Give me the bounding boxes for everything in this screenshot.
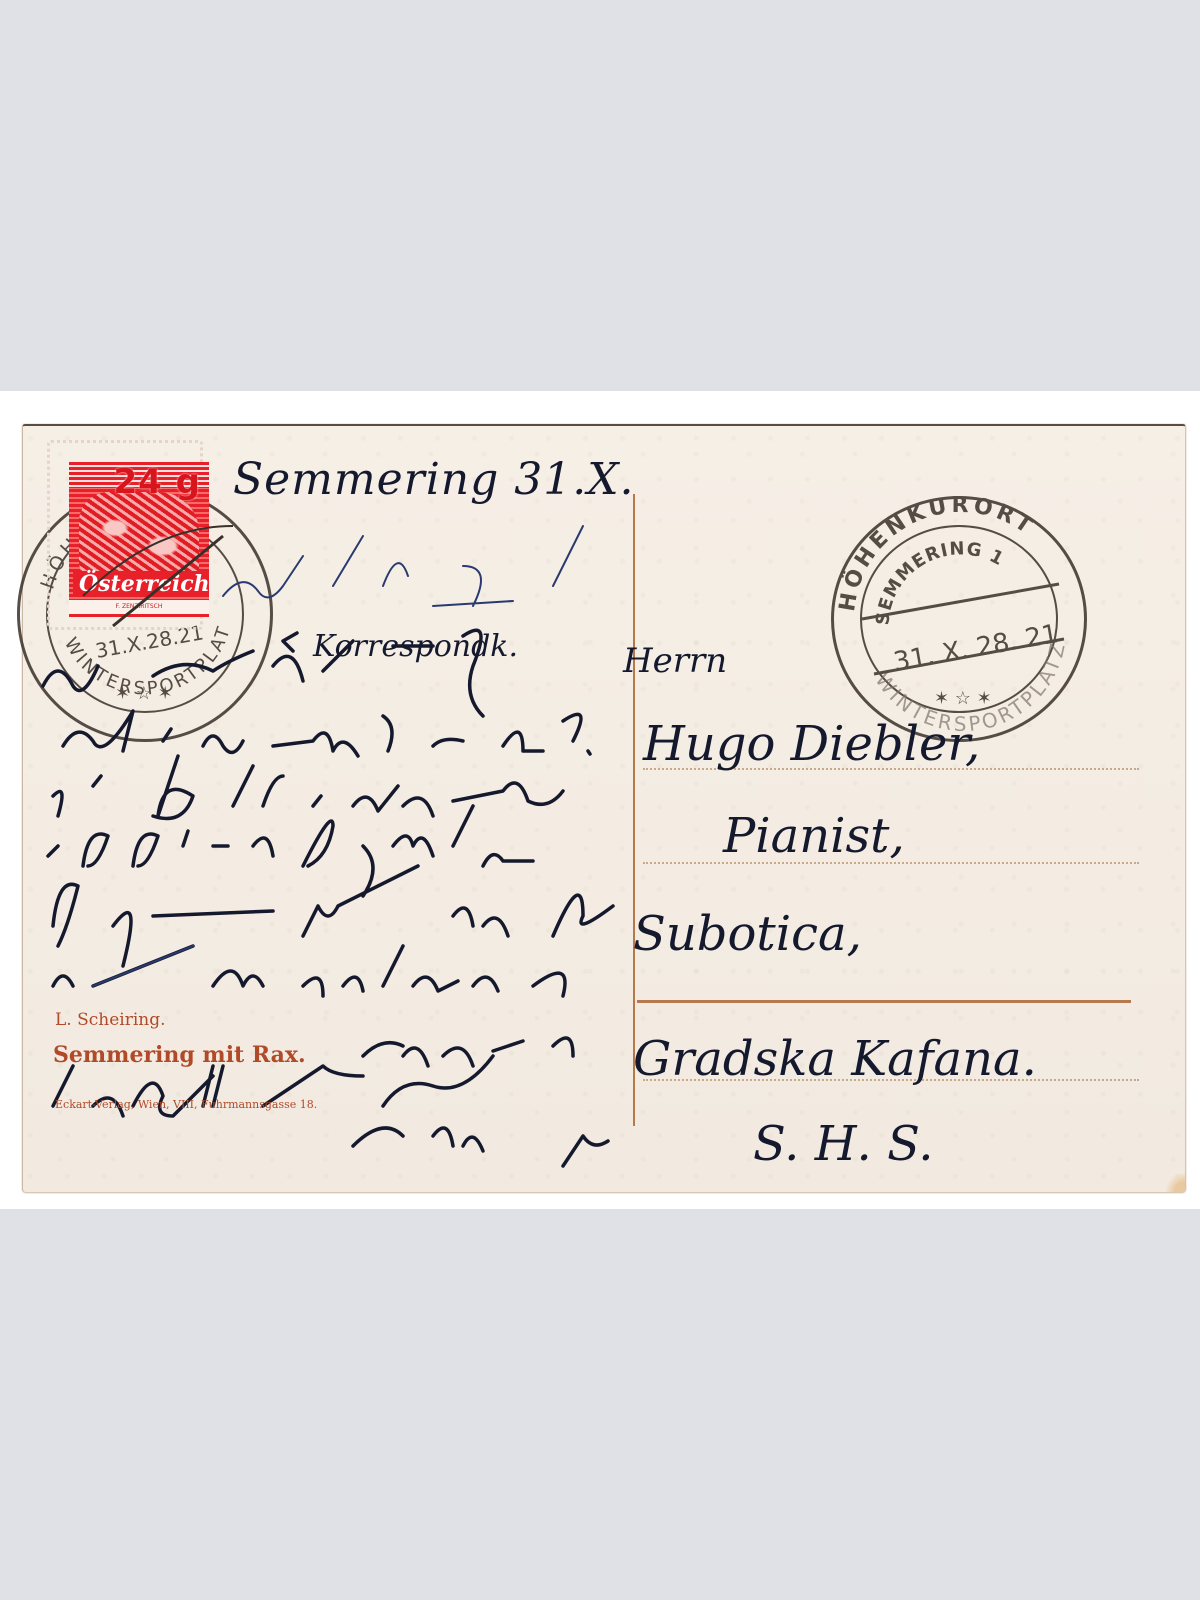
handwritten-place-date: Semmering 31.X. xyxy=(233,454,635,505)
shorthand-message: Korrespondk. xyxy=(33,546,633,1186)
address-salutation: Herrn xyxy=(623,641,727,681)
address-country: S. H. S. xyxy=(753,1116,934,1172)
postmark-right-text: HÖHENKURORT SEMMERING 1 WINTERSPORTPLATZ… xyxy=(834,499,1084,739)
svg-text:31. X. 28. 21: 31. X. 28. 21 xyxy=(891,619,1060,677)
shorthand-strokes: Korrespondk. xyxy=(33,546,633,1186)
address-name: Hugo Diebler, xyxy=(643,716,980,772)
printed-title: Semmering mit Rax. xyxy=(53,1042,306,1068)
address-line-city xyxy=(637,1000,1131,1003)
address-city: Subotica, xyxy=(633,906,862,962)
postmark-right: HÖHENKURORT SEMMERING 1 WINTERSPORTPLATZ… xyxy=(831,496,1087,742)
address-title: Pianist, xyxy=(723,808,905,864)
printed-artist: L. Scheiring. xyxy=(55,1010,166,1030)
postcard: HÖHENKURORT WINTERSPORTPLATZ 31.X.28.21 … xyxy=(22,424,1186,1193)
address-venue: Gradska Kafana. xyxy=(633,1031,1037,1087)
svg-text:✶ ☆ ✶: ✶ ☆ ✶ xyxy=(934,688,992,709)
printed-publisher: Eckart-Verlag, Wien, VIII, Fuhrmannsgass… xyxy=(55,1098,317,1111)
corner-wear xyxy=(1155,1170,1185,1192)
